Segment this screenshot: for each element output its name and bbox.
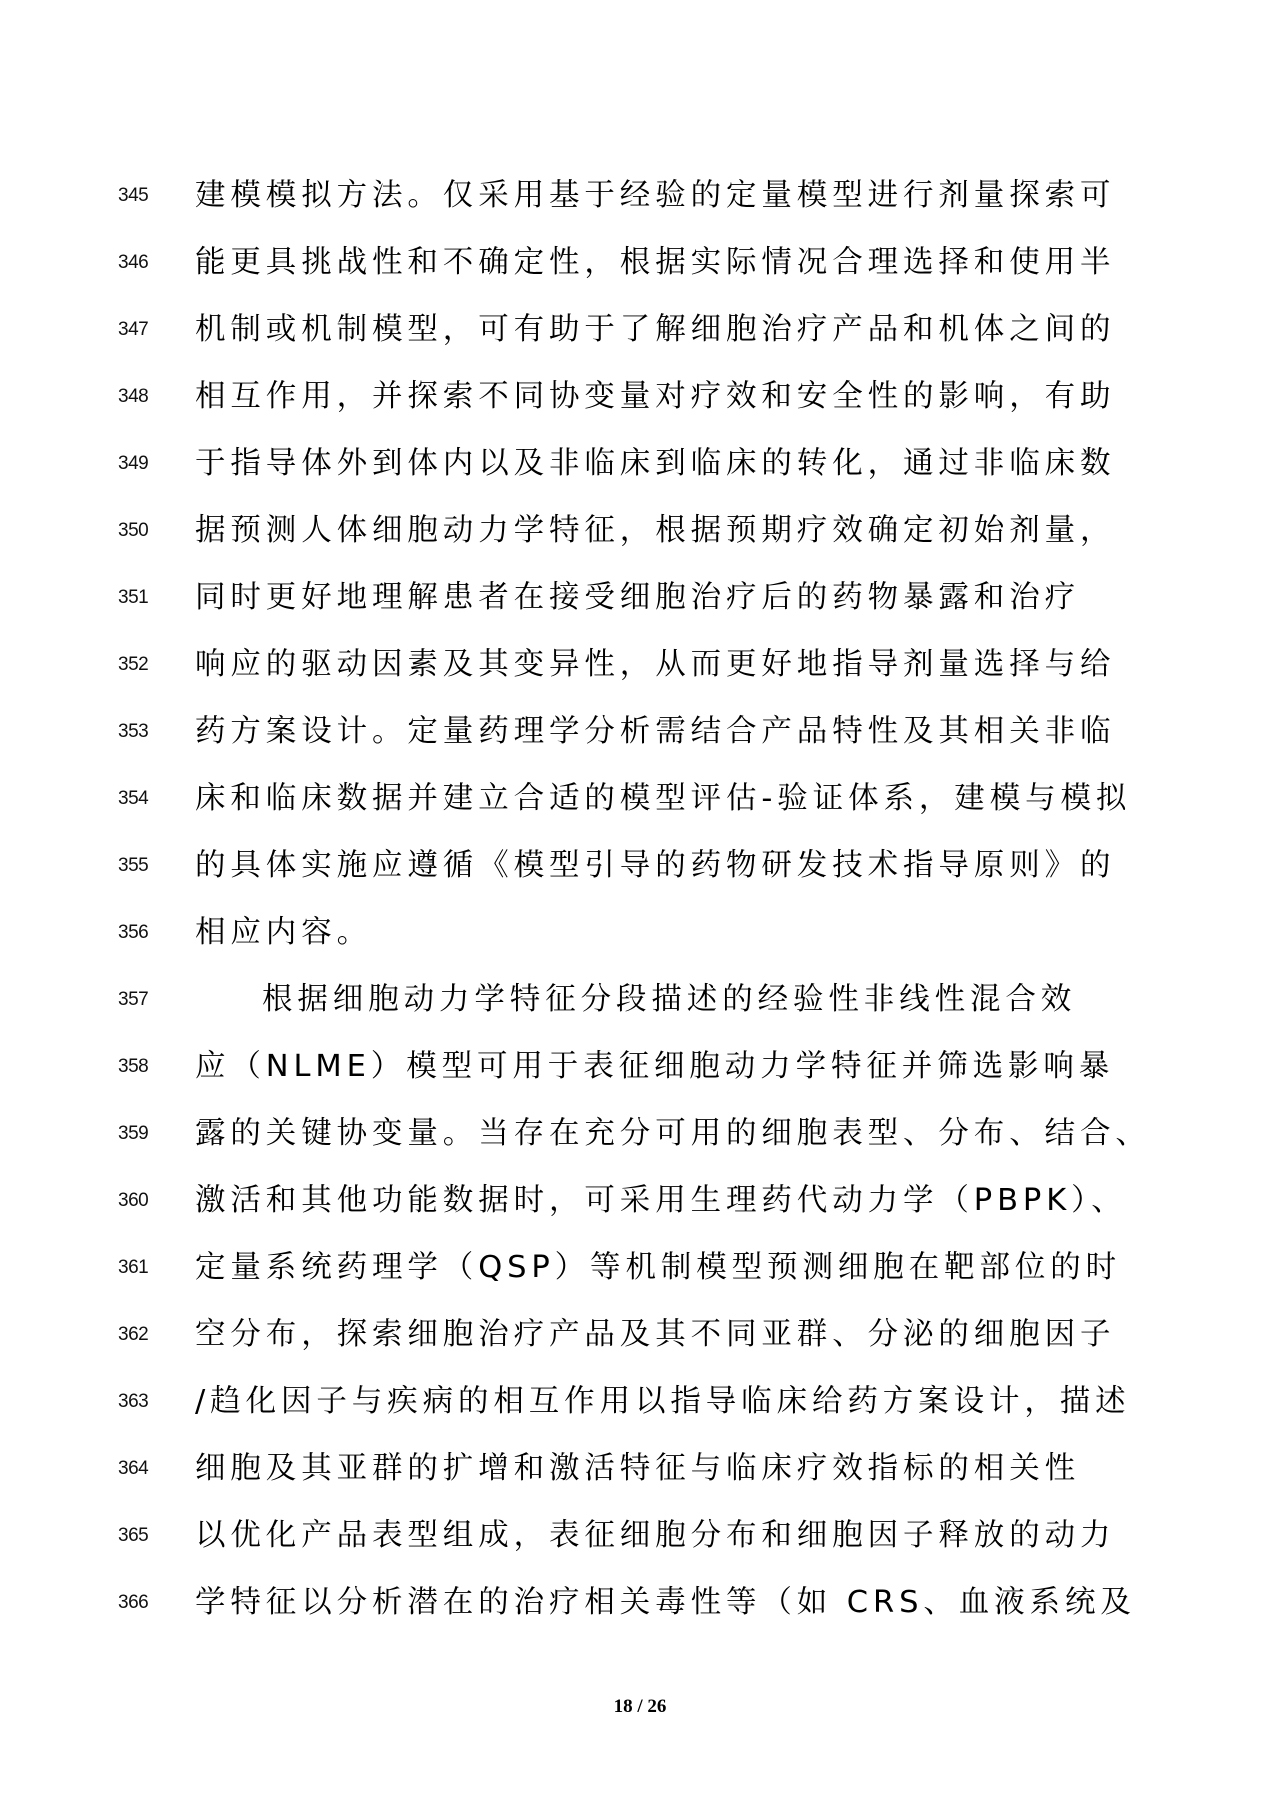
line-text: 定量系统药理学（QSP）等机制模型预测细胞在靶部位的时 bbox=[195, 1248, 1095, 1288]
line-number: 359 bbox=[118, 1114, 162, 1154]
line-text: 学特征以分析潜在的治疗相关毒性等（如 CRS、血液系统及 bbox=[195, 1583, 1095, 1623]
line-number: 352 bbox=[118, 645, 162, 685]
line-number: 348 bbox=[118, 377, 162, 417]
line-text: 据预测人体细胞动力学特征，根据预期疗效确定初始剂量， bbox=[195, 511, 1095, 551]
line-text: 响应的驱动因素及其变异性，从而更好地指导剂量选择与给 bbox=[195, 645, 1095, 685]
document-page: 345 建模模拟方法。仅采用基于经验的定量模型进行剂量探索可 346 能更具挑战… bbox=[0, 0, 1280, 1810]
text-line: 350 据预测人体细胞动力学特征，根据预期疗效确定初始剂量， bbox=[0, 511, 1280, 578]
line-text: 能更具挑战性和不确定性，根据实际情况合理选择和使用半 bbox=[195, 243, 1095, 283]
line-text: 建模模拟方法。仅采用基于经验的定量模型进行剂量探索可 bbox=[195, 176, 1095, 216]
text-line: 363 /趋化因子与疾病的相互作用以指导临床给药方案设计，描述 bbox=[0, 1382, 1280, 1449]
line-number: 360 bbox=[118, 1181, 162, 1221]
line-number: 355 bbox=[118, 846, 162, 886]
line-number: 351 bbox=[118, 578, 162, 618]
line-number: 346 bbox=[118, 243, 162, 283]
line-number: 357 bbox=[118, 980, 162, 1020]
line-number: 363 bbox=[118, 1382, 162, 1422]
text-line: 361 定量系统药理学（QSP）等机制模型预测细胞在靶部位的时 bbox=[0, 1248, 1280, 1315]
line-text: /趋化因子与疾病的相互作用以指导临床给药方案设计，描述 bbox=[195, 1382, 1095, 1422]
line-number: 362 bbox=[118, 1315, 162, 1355]
line-number: 354 bbox=[118, 779, 162, 819]
page-indicator: 18 / 26 bbox=[0, 1696, 1280, 1718]
text-line: 346 能更具挑战性和不确定性，根据实际情况合理选择和使用半 bbox=[0, 243, 1280, 310]
line-number: 353 bbox=[118, 712, 162, 752]
line-text: 激活和其他功能数据时，可采用生理药代动力学（PBPK）、 bbox=[195, 1181, 1095, 1221]
line-text: 露的关键协变量。当存在充分可用的细胞表型、分布、结合、 bbox=[195, 1114, 1095, 1154]
text-line: 357 根据细胞动力学特征分段描述的经验性非线性混合效 bbox=[0, 980, 1280, 1047]
text-line: 359 露的关键协变量。当存在充分可用的细胞表型、分布、结合、 bbox=[0, 1114, 1280, 1181]
line-number: 349 bbox=[118, 444, 162, 484]
line-number: 350 bbox=[118, 511, 162, 551]
line-text: 于指导体外到体内以及非临床到临床的转化，通过非临床数 bbox=[195, 444, 1095, 484]
line-number: 356 bbox=[118, 913, 162, 953]
line-text: 应（NLME）模型可用于表征细胞动力学特征并筛选影响暴 bbox=[195, 1047, 1095, 1087]
text-line: 354 床和临床数据并建立合适的模型评估-验证体系，建模与模拟 bbox=[0, 779, 1280, 846]
line-text: 同时更好地理解患者在接受细胞治疗后的药物暴露和治疗 bbox=[195, 578, 1095, 618]
line-number: 347 bbox=[118, 310, 162, 350]
text-line: 345 建模模拟方法。仅采用基于经验的定量模型进行剂量探索可 bbox=[0, 176, 1280, 243]
text-line: 362 空分布，探索细胞治疗产品及其不同亚群、分泌的细胞因子 bbox=[0, 1315, 1280, 1382]
line-number: 361 bbox=[118, 1248, 162, 1288]
line-number: 345 bbox=[118, 176, 162, 216]
text-line: 356 相应内容。 bbox=[0, 913, 1280, 980]
text-line: 348 相互作用，并探索不同协变量对疗效和安全性的影响，有助 bbox=[0, 377, 1280, 444]
text-line: 365 以优化产品表型组成，表征细胞分布和细胞因子释放的动力 bbox=[0, 1516, 1280, 1583]
line-text: 细胞及其亚群的扩增和激活特征与临床疗效指标的相关性 bbox=[195, 1449, 1095, 1489]
line-text: 相应内容。 bbox=[195, 913, 1095, 953]
line-text: 相互作用，并探索不同协变量对疗效和安全性的影响，有助 bbox=[195, 377, 1095, 417]
text-line: 353 药方案设计。定量药理学分析需结合产品特性及其相关非临 bbox=[0, 712, 1280, 779]
text-line: 349 于指导体外到体内以及非临床到临床的转化，通过非临床数 bbox=[0, 444, 1280, 511]
line-text: 空分布，探索细胞治疗产品及其不同亚群、分泌的细胞因子 bbox=[195, 1315, 1095, 1355]
line-text: 根据细胞动力学特征分段描述的经验性非线性混合效 bbox=[262, 980, 1162, 1020]
text-line: 360 激活和其他功能数据时，可采用生理药代动力学（PBPK）、 bbox=[0, 1181, 1280, 1248]
line-text: 药方案设计。定量药理学分析需结合产品特性及其相关非临 bbox=[195, 712, 1095, 752]
line-text: 机制或机制模型，可有助于了解细胞治疗产品和机体之间的 bbox=[195, 310, 1095, 350]
text-line: 347 机制或机制模型，可有助于了解细胞治疗产品和机体之间的 bbox=[0, 310, 1280, 377]
line-text: 以优化产品表型组成，表征细胞分布和细胞因子释放的动力 bbox=[195, 1516, 1095, 1556]
line-number: 358 bbox=[118, 1047, 162, 1087]
text-line: 364 细胞及其亚群的扩增和激活特征与临床疗效指标的相关性 bbox=[0, 1449, 1280, 1516]
line-text: 床和临床数据并建立合适的模型评估-验证体系，建模与模拟 bbox=[195, 779, 1095, 819]
line-text: 的具体实施应遵循《模型引导的药物研发技术指导原则》的 bbox=[195, 846, 1095, 886]
text-line: 352 响应的驱动因素及其变异性，从而更好地指导剂量选择与给 bbox=[0, 645, 1280, 712]
text-line: 351 同时更好地理解患者在接受细胞治疗后的药物暴露和治疗 bbox=[0, 578, 1280, 645]
text-line: 366 学特征以分析潜在的治疗相关毒性等（如 CRS、血液系统及 bbox=[0, 1583, 1280, 1650]
text-line: 355 的具体实施应遵循《模型引导的药物研发技术指导原则》的 bbox=[0, 846, 1280, 913]
line-number: 365 bbox=[118, 1516, 162, 1556]
text-line: 358 应（NLME）模型可用于表征细胞动力学特征并筛选影响暴 bbox=[0, 1047, 1280, 1114]
line-number: 364 bbox=[118, 1449, 162, 1489]
line-number: 366 bbox=[118, 1583, 162, 1623]
